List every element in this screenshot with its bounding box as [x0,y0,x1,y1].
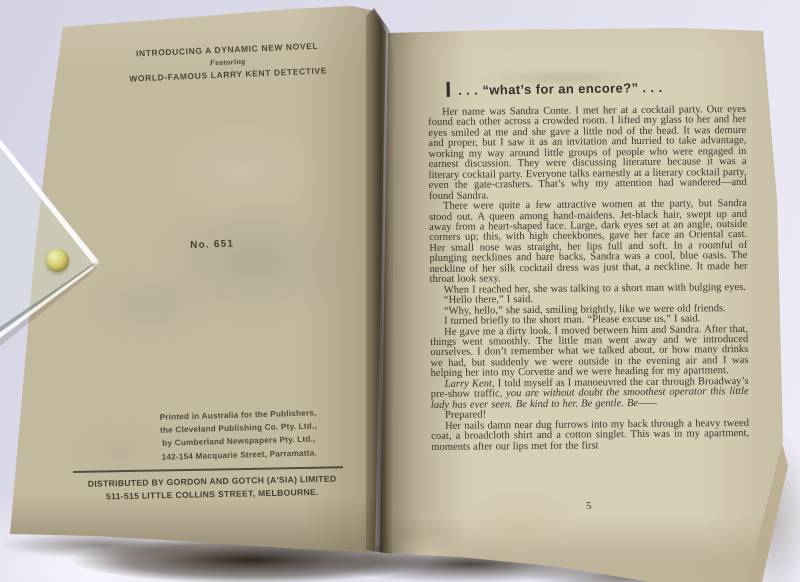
page-number: 5 [586,500,592,512]
glass-tip-highlight [92,258,100,266]
body-text: Her name was Sandra Conte. I met her at … [428,105,749,453]
paragraph: Her nails damn near dug furrows into my … [431,419,749,453]
paragraph: Her name was Sandra Conte. I met her at … [428,105,747,202]
paragraph: Larry Kent, I told myself as I manoeuvre… [431,377,749,411]
paragraph: There were quite a few attractive women … [429,199,748,286]
chapter-heading: I. . . “what’s for an encore?” . . . [445,73,765,103]
paragraph: He gave me a dirty look. I moved between… [430,324,748,379]
printer-imprint: Printed in Australia for the Publishers,… [118,405,359,464]
issue-number: No. 651 [190,238,234,251]
chapter-numeral: I [445,77,452,102]
chapter-title: . . . “what’s for an encore?” . . . [458,80,662,98]
glass-suction-dot [46,249,69,272]
